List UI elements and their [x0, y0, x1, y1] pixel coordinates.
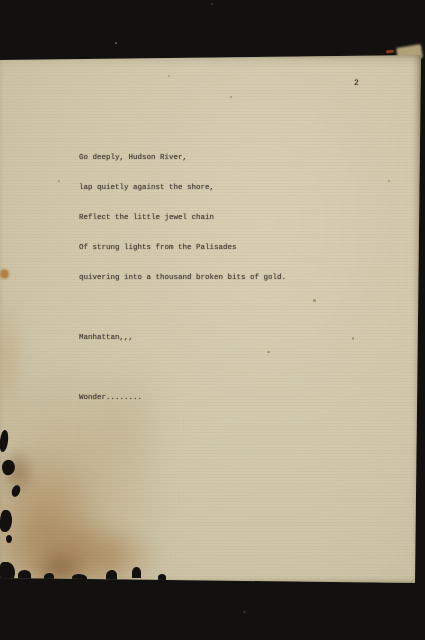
- paper-tear: [10, 484, 22, 498]
- poem-line: quivering into a thousand broken bits of…: [79, 273, 359, 283]
- poem-line: lap quietly against the shore,: [79, 183, 359, 193]
- paper-tear: [6, 535, 12, 543]
- stain-speck: [0, 269, 9, 279]
- foxing-spot: [388, 180, 390, 182]
- blank-line: [79, 303, 359, 313]
- dust-speck: [211, 3, 213, 5]
- stain-blotch: [50, 525, 165, 590]
- paper-tear: [18, 570, 31, 580]
- stain-blotch: [30, 550, 90, 588]
- closing-line: Wonder........: [79, 393, 359, 403]
- scan-background: 2 Go deeply, Hudson River, lap quietly a…: [0, 0, 425, 640]
- stain-blotch: [0, 447, 36, 497]
- paper-tear: [158, 574, 166, 580]
- stain-blotch: [0, 445, 100, 595]
- dust-speck: [115, 42, 117, 44]
- closing-line: Manhattan,,,: [79, 333, 359, 343]
- poem-line: Go deeply, Hudson River,: [79, 153, 359, 163]
- paper-tear: [0, 509, 13, 532]
- poem-line: Reflect the little jewel chain: [79, 213, 359, 223]
- poem-text: Go deeply, Hudson River, lap quietly aga…: [79, 133, 359, 423]
- paper-page: 2 Go deeply, Hudson River, lap quietly a…: [0, 55, 421, 583]
- red-fiber-speck: [386, 50, 394, 54]
- foxing-spot: [168, 75, 170, 77]
- foxing-spot: [58, 180, 60, 182]
- paper-tear: [72, 574, 87, 582]
- paper-tear: [0, 430, 9, 453]
- paper-tear: [106, 570, 117, 581]
- stain-blotch: [0, 510, 140, 600]
- paper-tear: [44, 573, 54, 581]
- paper-tear: [0, 562, 15, 582]
- foxing-spot: [230, 96, 232, 98]
- poem-line: Of strung lights from the Palisades: [79, 243, 359, 253]
- blank-line: [79, 363, 359, 373]
- paper-tear: [132, 567, 141, 578]
- page-number: 2: [354, 79, 359, 88]
- paper-tear: [0, 459, 16, 477]
- dust-speck: [243, 611, 246, 613]
- stain-streak: [0, 290, 24, 430]
